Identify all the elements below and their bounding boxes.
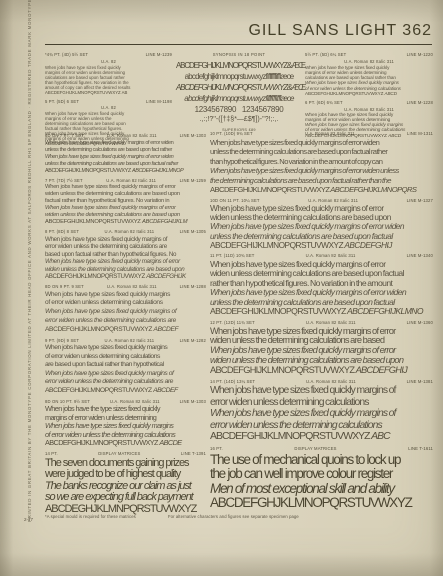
synopsis-line: .,:;!?''-([†‡§*—£$¶])-''?!;:,. — [176, 115, 302, 125]
specimen-line: When jobs have type sizes fixed quickly … — [45, 140, 206, 147]
block-series-label: U.A. Roman 82 Italic 311 — [259, 253, 403, 258]
block-line-number: LINE M-1303 — [180, 133, 206, 138]
block-size-label: 10 PT. (10D) 9¾ SET — [210, 131, 253, 136]
specimen-line: When jobs have type sizes fixed quickly … — [45, 184, 206, 191]
specimen-line: The use of mechanical quoins to lock up — [210, 453, 433, 468]
specimen-line: are based upon factual rather than hypot… — [45, 361, 206, 370]
block-line-number: LINE M-1381 — [407, 379, 433, 384]
alphabet-roman: ABCDEFGHIJKLMNOPQRSTUVWXYZ — [45, 168, 132, 174]
specimen-block: 9 PT. (9D) 9 SETU.A. Roman 82 Italic 311… — [45, 338, 206, 396]
alphabet-italic: ABCDEFGHIJ — [344, 240, 392, 250]
specimen-column-main-left: 6D ON 7 PT. 7 SETU.A. Roman 82 Italic 31… — [45, 133, 206, 519]
page-number: 2-77 — [24, 517, 33, 522]
specimen-line: ABCDEFGHIJKLMNOPQRSTUVWXYZ ABCDEF — [45, 326, 206, 335]
specimen-block: 16 PT.DISPLAY MATRICESLINE T-1611The use… — [210, 446, 433, 511]
footnote-alternatives: For alternative characters and figures s… — [168, 514, 299, 519]
block-line-number: LINE M-1340 — [407, 253, 433, 258]
block-size-label: 5½ PT. (5D) 6¼ SET — [305, 52, 346, 57]
alphabet-roman: ABCDEFGHIJKLMNOPQRSTUVWXYZ — [210, 365, 356, 375]
specimen-line: based upon factual rather than hypotheti… — [45, 251, 206, 259]
block-series-sublabel: U.A. 82 — [45, 59, 172, 64]
specimen-line: the determining calculations are based u… — [210, 176, 433, 186]
block-line-number: LINE M-1239 — [146, 52, 172, 57]
specimen-block: 10D ON 11 PT. 10¼ SETU.A. Roman 82 Itali… — [210, 198, 433, 251]
block-series-label: U.A. Roman 82 Italic 311 — [87, 178, 176, 183]
block-line-number: LINE M-1288 — [180, 284, 206, 289]
alphabet-roman: ABCDEFGHIJKLMNOPQRSTUVWXYZ — [45, 438, 159, 447]
specimen-line: of error widen unless determining calcul… — [45, 353, 206, 362]
block-header: 5 PT. (5D) 6 SETLINE M-1198 — [45, 99, 172, 104]
alphabet-italic: ABCDEF — [154, 326, 179, 333]
specimen-line: When jobs have type sizes fixed quickly … — [45, 258, 206, 266]
specimen-block: 10 PT. (10D) 9¾ SETU.A. Roman 82 Italic … — [210, 131, 433, 195]
block-size-label: 14 PT. — [45, 451, 58, 456]
specimen-line: widen unless the determining calculation… — [45, 212, 206, 219]
block-size-label: 7 PT. (7D) 7½ SET — [45, 178, 83, 183]
block-header: 8D ON 10 PT. 9½ SETU.A. Roman 82 Italic … — [45, 399, 206, 404]
specimen-line: ABCDEFGHIJKLMNOPQRSTUVWXYZ ABCDEFGHIJKLM… — [210, 307, 433, 317]
specimen-block: 7 PT. (7D) 7½ SETU.A. Roman 82 Italic 31… — [45, 178, 206, 227]
block-size-label: 10D ON 11 PT. 10¼ SET — [210, 198, 260, 203]
block-line-number: LINE M-1305 — [180, 229, 206, 234]
block-series-label: U.A. Roman 82 Italic 311 — [88, 284, 176, 289]
alphabet-roman: ABCDEFGHIJKLMNOPQRSTUVWXYZ — [45, 219, 142, 225]
block-size-label: 16 PT. — [210, 446, 223, 451]
specimen-line: ABCDEFGHIJKLMNOPQRSTUVWXYZ ABCDEFGHIJKLM — [45, 219, 206, 226]
specimen-line: When jobs have type sizes fixed quickly … — [210, 385, 433, 397]
block-series-label: DISPLAY MATRICES — [62, 451, 177, 456]
specimen-line: Men of most exceptional skill and abilit… — [210, 482, 433, 497]
block-size-label: 12 PT. (12D) 11¾ SET — [210, 320, 255, 325]
synopsis-line: ABCDEFGHIJKLMNOPQRSTUVWXYZ&ÆŒ — [176, 60, 302, 71]
block-header: 8D ON 9 PT. 9 SETU.A. Roman 82 Italic 31… — [45, 284, 206, 289]
specimen-line: ABCDEFGHIJKLMNOPQRSTUVWXYZ ABCDE — [45, 439, 206, 448]
block-series-sublabel: U.A. 82 — [45, 105, 172, 110]
block-header: 10 PT. (10D) 9¾ SETU.A. Roman 82 Italic … — [210, 131, 433, 136]
alphabet-italic: ABCDEFGHIJ — [356, 365, 407, 375]
block-series-label: U.A. Roman 82 Italic 311 — [94, 399, 176, 404]
specimen-line: When jobs have type sizes fixed quickly … — [210, 408, 433, 420]
specimen-line: When jobs have type sizes fixed quickly … — [45, 370, 206, 379]
specimen-block: 6D ON 7 PT. 7 SETU.A. Roman 82 Italic 31… — [45, 133, 206, 175]
block-line-number: LINE M-1259 — [180, 178, 206, 183]
alphabet-roman: ABCDEFGHIJKLMNOPQRSTUVWXYZ — [45, 387, 153, 394]
specimen-line: When jobs have type sizes fixed quickly … — [45, 154, 206, 161]
specimen-line: ABCDEFGHIJKLMNOPQRSTUVWXYZ ABCD — [305, 91, 433, 96]
block-line-number: LINE M-1303 — [180, 399, 206, 404]
block-series-label: U.A. Roman 82 Italic 311 — [83, 338, 176, 343]
alphabet-italic: ABCDEF — [153, 387, 178, 394]
specimen-line: the job can well improve colour register — [210, 467, 433, 482]
specimen-page: GILL SANS LIGHT 362 PRINTED IN GREAT BRI… — [0, 0, 443, 576]
specimen-column-main-right: 10 PT. (10D) 9¾ SETU.A. Roman 82 Italic … — [210, 131, 433, 514]
specimen-block: 11 PT. (11D) 10¾ SETU.A. Roman 82 Italic… — [210, 253, 433, 317]
specimen-line: widen unless the determining calculation… — [45, 266, 206, 274]
block-line-number: LINE M-1228 — [407, 100, 433, 105]
block-series-label: U.A. Roman 82 Italic 311 — [83, 229, 176, 234]
alphabet-italic: ABCDEFGHIJKLMNO — [347, 306, 423, 316]
synopsis-header: SYNOPSIS IN 18 POINT — [176, 52, 302, 57]
block-line-number: LINE M-1327 — [407, 198, 433, 203]
specimen-line: When jobs have type sizes fixed quickly … — [45, 205, 206, 212]
alphabet-italic: ABCDEFGHIJKLMNOPQRS — [330, 185, 416, 194]
specimen-line: factual rather than hypothetical figures… — [45, 198, 206, 205]
specimen-line: ABCDEFGHIJKLMNOPQRSTUVWXYZ ABCDEFGHIJKLM… — [45, 168, 206, 175]
alphabet-roman: ABCDEFGHIJKLMNOPQRSTUVWXYZ — [210, 185, 330, 194]
block-header: 9 PT. (9D) 9 SETU.A. Roman 82 Italic 311… — [45, 338, 206, 343]
block-size-label: 8D ON 10 PT. 9½ SET — [45, 399, 90, 404]
specimen-line: error widen unless the determining calcu… — [45, 317, 206, 326]
alphabet-roman: ABCDEFGHIJKLMNOPQRSTUVWXYZ — [305, 91, 385, 96]
specimen-block: 8 PT. (8D) 8 SETU.A. Roman 82 Italic 311… — [45, 229, 206, 281]
synopsis-column: SYNOPSIS IN 18 POINT ABCDEFGHIJKLMNOPQRS… — [176, 52, 302, 132]
specimen-line: ABCDEFGHIJKLMNOPQRSTUVWXYZ ABC — [210, 431, 433, 443]
block-header: 8 PT. (8D) 8 SETU.A. Roman 82 Italic 311… — [45, 229, 206, 234]
block-size-label: *4¾ PT. (4D) 5½ SET — [45, 52, 88, 57]
block-size-label: 14 PT. (14D) 13¼ SET — [210, 379, 255, 384]
block-size-label: 9 PT. (9D) 9 SET — [45, 338, 79, 343]
block-size-label: 6D ON 7 PT. 7 SET — [45, 133, 84, 138]
specimen-line: When jobs have type sizes fixed quickly … — [45, 236, 206, 244]
block-header: 16 PT.DISPLAY MATRICESLINE T-1611 — [210, 446, 433, 451]
specimen-line: widen unless the determining calculation… — [45, 191, 206, 198]
block-header: 14 PT. (14D) 13¼ SETU.A. Roman 82 Italic… — [210, 379, 433, 384]
block-header: *4¾ PT. (4D) 5½ SETLINE M-1239 — [45, 52, 172, 57]
specimen-line: ABCDEFGHIJKLMNOPQRSTUVWXYZ ABCDEFGHIJKLM… — [210, 185, 433, 195]
block-size-label: 11 PT. (11D) 10¾ SET — [210, 253, 255, 258]
printer-imprint-vertical: PRINTED IN GREAT BRITAIN BY THE MONOTYPE… — [27, 0, 32, 522]
alphabet-roman: ABCDEFGHIJKLMNOPQRSTUVWXYZ — [45, 326, 154, 333]
specimen-line: than hypothetical figures. No variation … — [210, 157, 433, 167]
block-series-sublabel: U.A. Roman 82 Italic 311 — [305, 107, 433, 112]
specimen-block: 5½ PT. (5D) 6¼ SETLINE M-1220U.A. Roman … — [305, 52, 433, 96]
alphabet-italic: ABCDE — [159, 438, 181, 447]
block-series-label: U.A. Roman 82 Italic 311 — [257, 131, 403, 136]
specimen-block: 14 PT. (14D) 13¼ SETU.A. Roman 82 Italic… — [210, 379, 433, 443]
alphabet-italic: ABCD — [385, 91, 397, 96]
block-header: 5½ PT. (5D) 6¼ SETLINE M-1220 — [305, 52, 433, 57]
alphabet-roman: ABCDEFGHIJKLMNOPQRSTUVWXYZ — [210, 306, 347, 316]
alphabet-italic: ABCDEFGHIJKLM — [142, 219, 187, 225]
specimen-line: When jobs have type sizes fixed quickly … — [45, 344, 206, 353]
alphabet-italic: ABCDEFGHIJKLMNOP — [132, 168, 183, 174]
alphabet-roman: ABCDEFGHIJKLMNOPQRSTUVWXYZ — [210, 431, 371, 442]
synopsis-line: abcdefghijklmnopqrstuvwxyzfiflffffifflæœ — [176, 71, 302, 82]
specimen-block: 8D ON 10 PT. 9½ SETU.A. Roman 82 Italic … — [45, 399, 206, 448]
title-rule — [45, 44, 432, 45]
alphabet-roman: ABCDEFGHIJKLMNOPQRSTUVWXYZ — [45, 273, 146, 280]
specimen-line: unless the determining calculations are … — [45, 161, 206, 168]
page-title: GILL SANS LIGHT 362 — [248, 22, 432, 40]
synopsis-line: 1234567890 1234567890 — [176, 104, 302, 115]
specimen-block: 12 PT. (12D) 11¾ SETU.A. Roman 82 Italic… — [210, 320, 433, 375]
block-header: 10D ON 11 PT. 10¼ SETU.A. Roman 82 Itali… — [210, 198, 433, 203]
specimen-line: When jobs have type sizes fixed quickly … — [210, 138, 433, 148]
block-size-label: 8D ON 9 PT. 9 SET — [45, 284, 84, 289]
specimen-block: 8D ON 9 PT. 9 SETU.A. Roman 82 Italic 31… — [45, 284, 206, 334]
specimen-block: 14 PT.DISPLAY MATRICESLINE T-1391The sev… — [45, 451, 206, 515]
footnote-special-mould: *A special mould is required for these m… — [45, 514, 136, 519]
specimen-line: ABCDEFGHJKLMNOPQRSTUVWXYZ — [210, 496, 433, 511]
specimen-line: When jobs have type sizes fixed quickly … — [210, 166, 433, 176]
specimen-line: error widen unless the determining calcu… — [210, 420, 433, 432]
alphabet-italic: ABCDEFGHIJK — [146, 273, 185, 280]
block-header: 11 PT. (11D) 10¾ SETU.A. Roman 82 Italic… — [210, 253, 433, 258]
block-line-number: LINE T-1611 — [408, 446, 433, 451]
block-series-sublabel: U.A. Roman 82 Italic 311 — [305, 59, 433, 64]
block-line-number: LINE M-1360 — [407, 320, 433, 325]
specimen-line: of error widen unless determining calcul… — [45, 299, 206, 308]
specimen-line: error widen unless the determining calcu… — [45, 243, 206, 251]
specimen-line: error widen unless the determining calcu… — [45, 378, 206, 387]
specimen-line: ABCDEFGHIJKLMNOPQRSTUVWXYZ ABCDEFGHIJ — [210, 241, 433, 250]
specimen-line: ABCDEFGHIJKLMNOPQRSTUVWXYZ ABCDEFGHIJ — [210, 366, 433, 376]
specimen-line: error widen unless determining calculati… — [210, 397, 433, 409]
synopsis-line: ABCDEFGHIJKLMNOPQRSTUVWXYZ&ÆŒ — [176, 82, 302, 93]
specimen-line: ABCDEFGHIJKLMNOPQRSTUVWXYZ ABCDEF — [45, 387, 206, 396]
block-line-number: LINE M-1220 — [407, 52, 433, 57]
specimen-line: When jobs have type sizes fixed quickly … — [45, 291, 206, 300]
block-header: 6 PT. (6D) 6¾ SETLINE M-1228 — [305, 100, 433, 105]
block-line-number: LINE M-1282 — [180, 338, 206, 343]
block-series-label: U.A. Roman 82 Italic 311 — [259, 320, 403, 325]
alphabet-italic: ABC — [371, 431, 390, 442]
specimen-block: *4¾ PT. (4D) 5½ SETLINE M-1239U.A. 82Whe… — [45, 52, 172, 95]
specimen-line: ABCDEFGHIJKLMNOPQRSTUVWXYZ ABCDEFGHIJK — [45, 273, 206, 281]
block-series-label: U.A. Roman 82 Italic 311 — [259, 379, 403, 384]
specimen-line: unless the determining calculations are … — [210, 147, 433, 157]
block-series-label: U.A. Roman 82 Italic 311 — [88, 133, 176, 138]
synopsis-lines: ABCDEFGHIJKLMNOPQRSTUVWXYZ&ÆŒabcdefghijk… — [176, 60, 302, 125]
block-line-number: LINE M-1198 — [146, 99, 172, 104]
block-header: 12 PT. (12D) 11¾ SETU.A. Roman 82 Italic… — [210, 320, 433, 325]
specimen-line: When jobs have type sizes fixed quickly … — [45, 308, 206, 317]
block-line-number: LINE T-1391 — [181, 451, 206, 456]
block-header: 7 PT. (7D) 7½ SETU.A. Roman 82 Italic 31… — [45, 178, 206, 183]
specimen-line: ABCDEFGHIJKLMNOPQRSTUVWXYZ AB — [45, 90, 172, 95]
specimen-column-top-right: 5½ PT. (5D) 6¼ SETLINE M-1220U.A. Roman … — [305, 52, 433, 143]
block-line-number: LINE M-1311 — [407, 131, 433, 136]
block-series-label: DISPLAY MATRICES — [227, 446, 404, 451]
block-size-label: 6 PT. (6D) 6¾ SET — [305, 100, 343, 105]
block-size-label: 8 PT. (8D) 8 SET — [45, 229, 79, 234]
block-series-label: U.A. Roman 82 Italic 311 — [264, 198, 403, 203]
block-header: 14 PT.DISPLAY MATRICESLINE T-1391 — [45, 451, 206, 456]
synopsis-line: abcdefghijklmnopqrstuvwxyzfiflffffifflæœ — [176, 93, 302, 104]
block-size-label: 5 PT. (5D) 6 SET — [45, 99, 79, 104]
alphabet-roman: ABCDEFGHIJKLMNOPQRSTUVWXYZ — [210, 240, 344, 250]
block-header: 6D ON 7 PT. 7 SETU.A. Roman 82 Italic 31… — [45, 133, 206, 138]
specimen-line: unless the determining calculations are … — [45, 147, 206, 154]
